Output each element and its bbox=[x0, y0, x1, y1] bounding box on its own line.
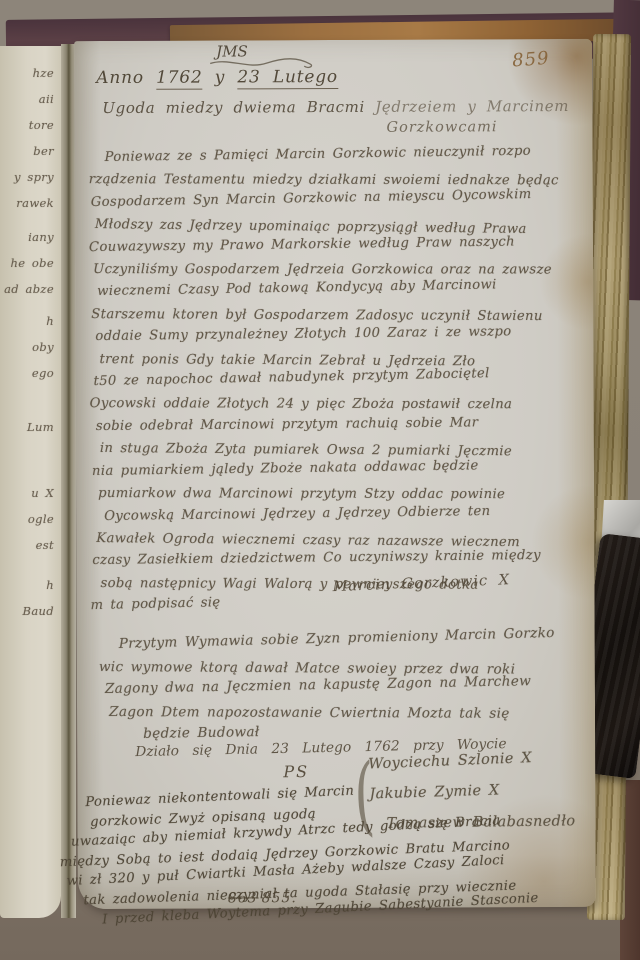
date-year: 1762 bbox=[156, 68, 203, 90]
text-fragment: he obe bbox=[4, 250, 54, 276]
text-fragment: ogle bbox=[4, 506, 54, 532]
bottom-page-numbers: 863855. bbox=[228, 890, 297, 906]
manuscript-line: Przytym Wymawia sobie Zyzn promieniony M… bbox=[118, 622, 555, 656]
main-paragraph: Poniewaz ze s Pamięci Marcin Gorzkowic n… bbox=[89, 145, 561, 618]
text-fragment: h bbox=[4, 308, 54, 334]
manuscript-line: czasy Zasiełkiem dziedzictwem Co uczyniw… bbox=[92, 545, 560, 573]
manuscript-book-photo: hzeaiitorebery spryrawekianyhe obead abz… bbox=[0, 0, 640, 960]
postscript-label: PS bbox=[283, 762, 309, 781]
text-fragment: ego bbox=[4, 360, 54, 386]
text-fragment: rawek bbox=[4, 190, 54, 216]
manuscript-page: JMS 859 Anno 1762 y 23 Lutego Ugoda mied… bbox=[74, 39, 596, 909]
postscript-paragraph: Poniewaz niekontentowali się Marcingorzk… bbox=[53, 774, 539, 932]
title-names: Jędrzeiem y Marcinem bbox=[375, 97, 569, 116]
date-day: 23 Lutego bbox=[237, 67, 338, 89]
manuscript-line: sobie odebrał Marcinowi przytym rachuią … bbox=[96, 411, 560, 438]
reservation-paragraph: Przytym Wymawia sobie Zyzn promieniony M… bbox=[99, 631, 556, 746]
page-number: 859 bbox=[511, 48, 550, 72]
text-fragment: tore bbox=[4, 112, 54, 138]
monogram: JMS bbox=[216, 42, 248, 60]
title-surname: Gorzkowcami bbox=[386, 119, 497, 135]
text-fragment: Baud bbox=[4, 598, 54, 624]
title-text: Ugoda miedzy dwiema Bracmi bbox=[102, 98, 365, 117]
manuscript-line: Poniewaz ze s Pamięci Marcin Gorzkowic n… bbox=[104, 140, 558, 169]
text-fragment: Lum bbox=[4, 414, 54, 440]
date-heading: Anno 1762 y 23 Lutego bbox=[96, 67, 338, 88]
text-fragment: y spry bbox=[4, 164, 54, 190]
text-fragment: ber bbox=[10, 138, 54, 164]
bottom-page-number: 855. bbox=[262, 890, 297, 906]
text-fragment: oby bbox=[4, 334, 54, 360]
agreement-title: Ugoda miedzy dwiema Bracmi Jędrzeiem y M… bbox=[102, 97, 569, 117]
text-fragment: aii bbox=[4, 86, 54, 112]
date-prefix: Anno bbox=[96, 68, 144, 88]
manuscript-line: oddaie Sumy przynależney Złotych 100 Zar… bbox=[95, 321, 559, 349]
text-fragment: est bbox=[4, 532, 54, 558]
bottom-page-number-struck: 863 bbox=[228, 890, 258, 906]
previous-page-text-fragments: hzeaiitorebery spryrawekianyhe obead abz… bbox=[4, 60, 54, 624]
text-fragment: h bbox=[4, 572, 54, 598]
text-fragment: u X bbox=[4, 480, 54, 506]
previous-page-edge: hzeaiitorebery spryrawekianyhe obead abz… bbox=[0, 46, 61, 918]
date-mid: y bbox=[215, 67, 225, 87]
text-fragment: hze bbox=[4, 60, 54, 86]
text-fragment: ad abze bbox=[4, 276, 54, 302]
text-fragment: iany bbox=[4, 224, 54, 250]
